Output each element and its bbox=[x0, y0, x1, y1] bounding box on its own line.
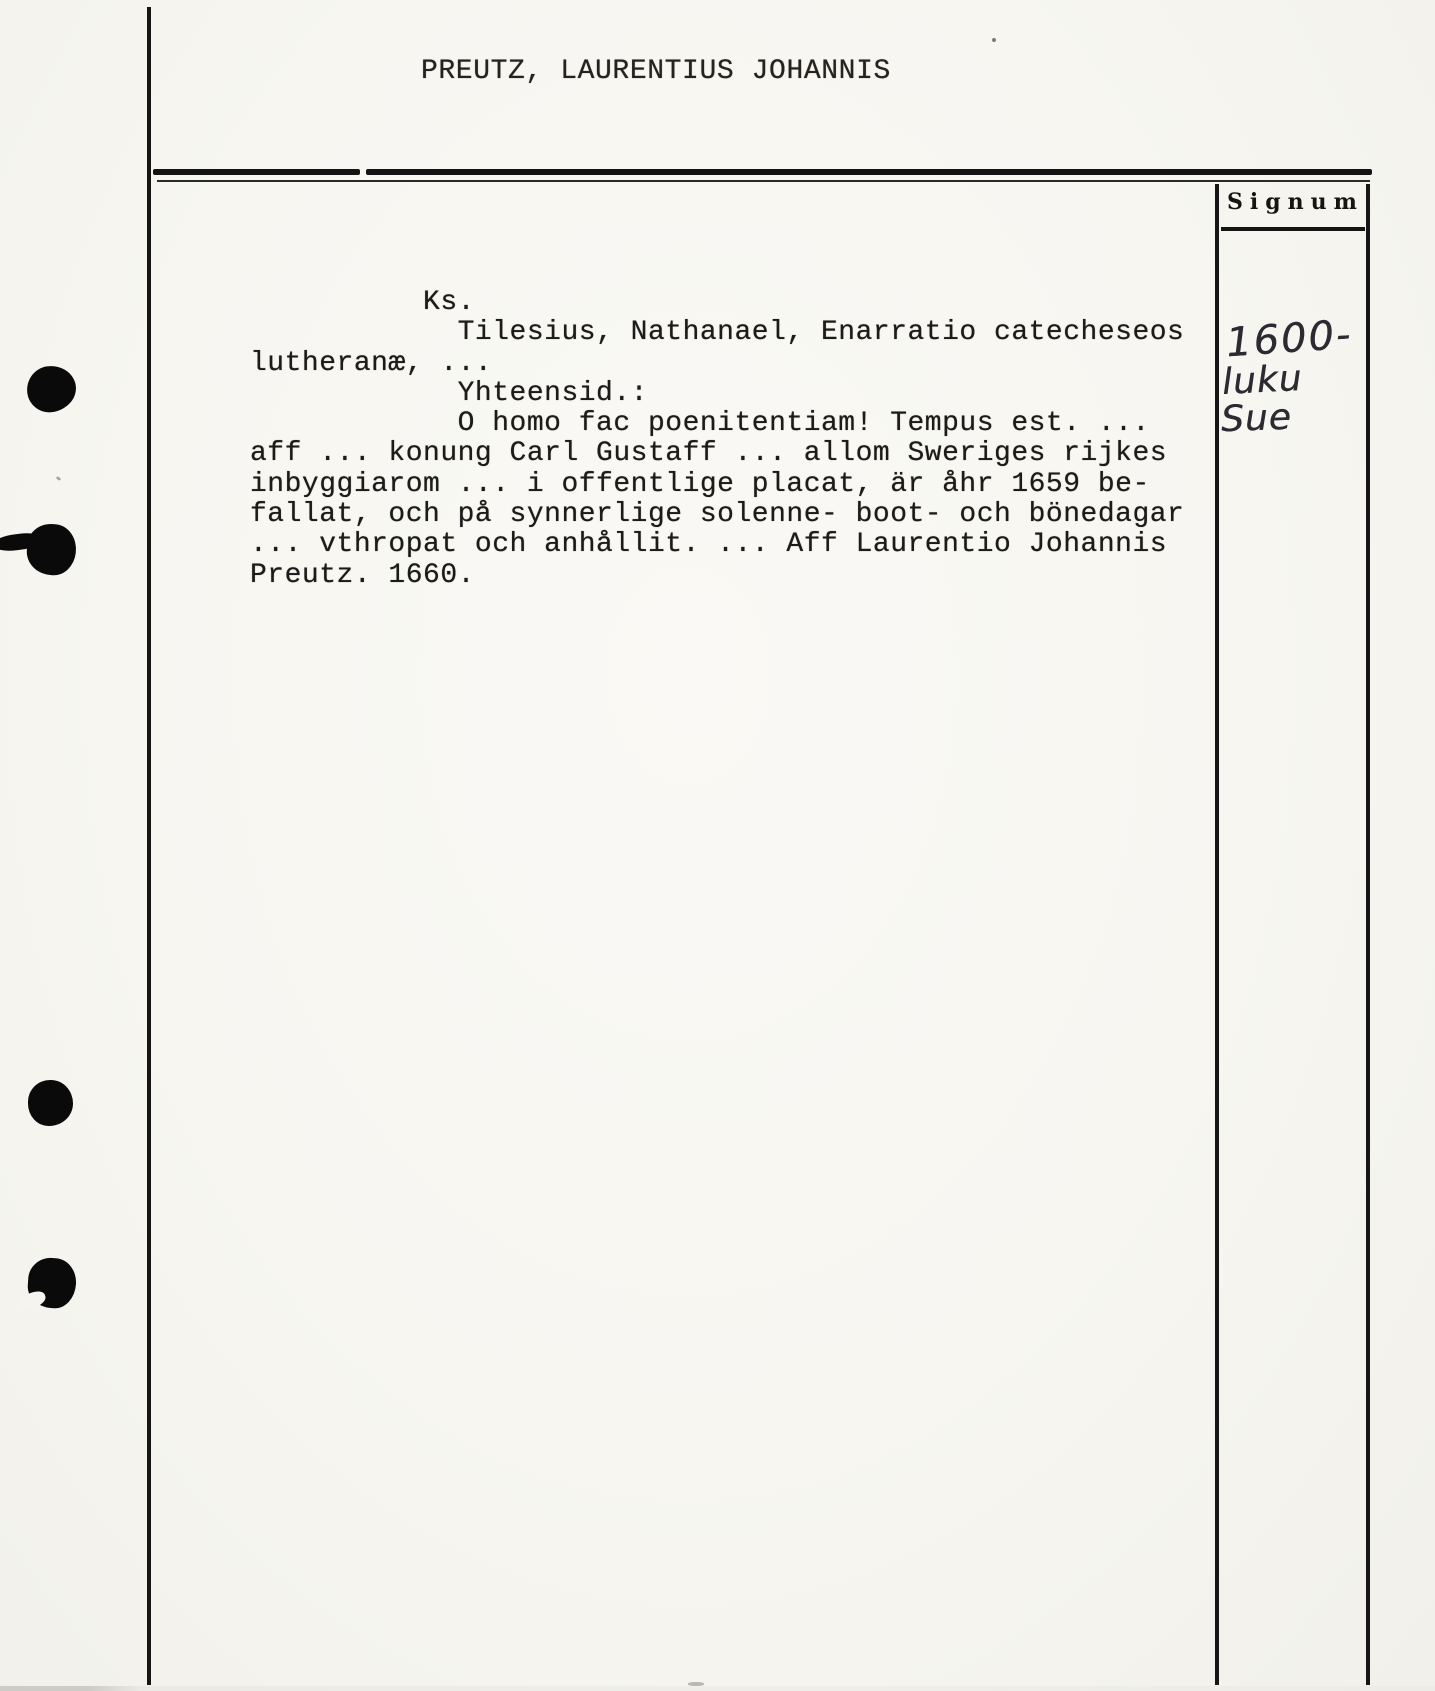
entry-line: fallat, och på synnerlige solenne- boot-… bbox=[250, 500, 1210, 530]
punch-mark-notch bbox=[16, 1288, 48, 1312]
card-heading-name: PREUTZ, LAURENTIUS JOHANNIS bbox=[421, 56, 891, 87]
left-margin-line bbox=[147, 7, 151, 1685]
signum-header-label: Signum bbox=[1219, 189, 1367, 215]
signum-header-underline bbox=[1221, 227, 1365, 231]
signum-column-right-border bbox=[1366, 184, 1370, 1685]
entry-line: Ks. bbox=[250, 288, 1210, 318]
header-rule-thick-left-segment bbox=[153, 169, 360, 175]
hole-punch-mark bbox=[24, 363, 79, 415]
entry-line: Yhteensid.: bbox=[250, 379, 1210, 409]
header-rule-thin bbox=[157, 180, 1370, 182]
catalog-entry-text: Ks. Tilesius, Nathanael, Enarratio catec… bbox=[250, 288, 1210, 591]
catalog-card-scan: PREUTZ, LAURENTIUS JOHANNIS Signum Ks. T… bbox=[0, 0, 1435, 1691]
entry-line: inbyggiarom ... i offentlige placat, är … bbox=[250, 470, 1210, 500]
signum-handwritten-note-line: luku bbox=[1221, 358, 1304, 403]
signum-column-left-border bbox=[1215, 184, 1219, 1685]
entry-line: aff ... konung Carl Gustaff ... allom Sw… bbox=[250, 439, 1210, 469]
entry-line: Preutz. 1660. bbox=[250, 561, 1210, 591]
hole-punch-mark bbox=[24, 522, 78, 578]
scan-bottom-edge-shadow bbox=[0, 1686, 1435, 1691]
entry-line: lutheranæ, ... bbox=[250, 349, 1210, 379]
entry-line: O homo fac poenitentiam! Tempus est. ... bbox=[250, 409, 1210, 439]
scan-speck bbox=[56, 476, 62, 481]
hole-punch-mark bbox=[28, 1080, 73, 1126]
entry-line: Tilesius, Nathanael, Enarratio catechese… bbox=[250, 318, 1210, 348]
scan-speck bbox=[992, 38, 996, 42]
header-rule-thick-right-segment bbox=[366, 169, 1372, 175]
signum-handwritten-note-line: Sue bbox=[1220, 397, 1292, 440]
entry-line: ... vthropat och anhållit. ... Aff Laure… bbox=[250, 530, 1210, 560]
